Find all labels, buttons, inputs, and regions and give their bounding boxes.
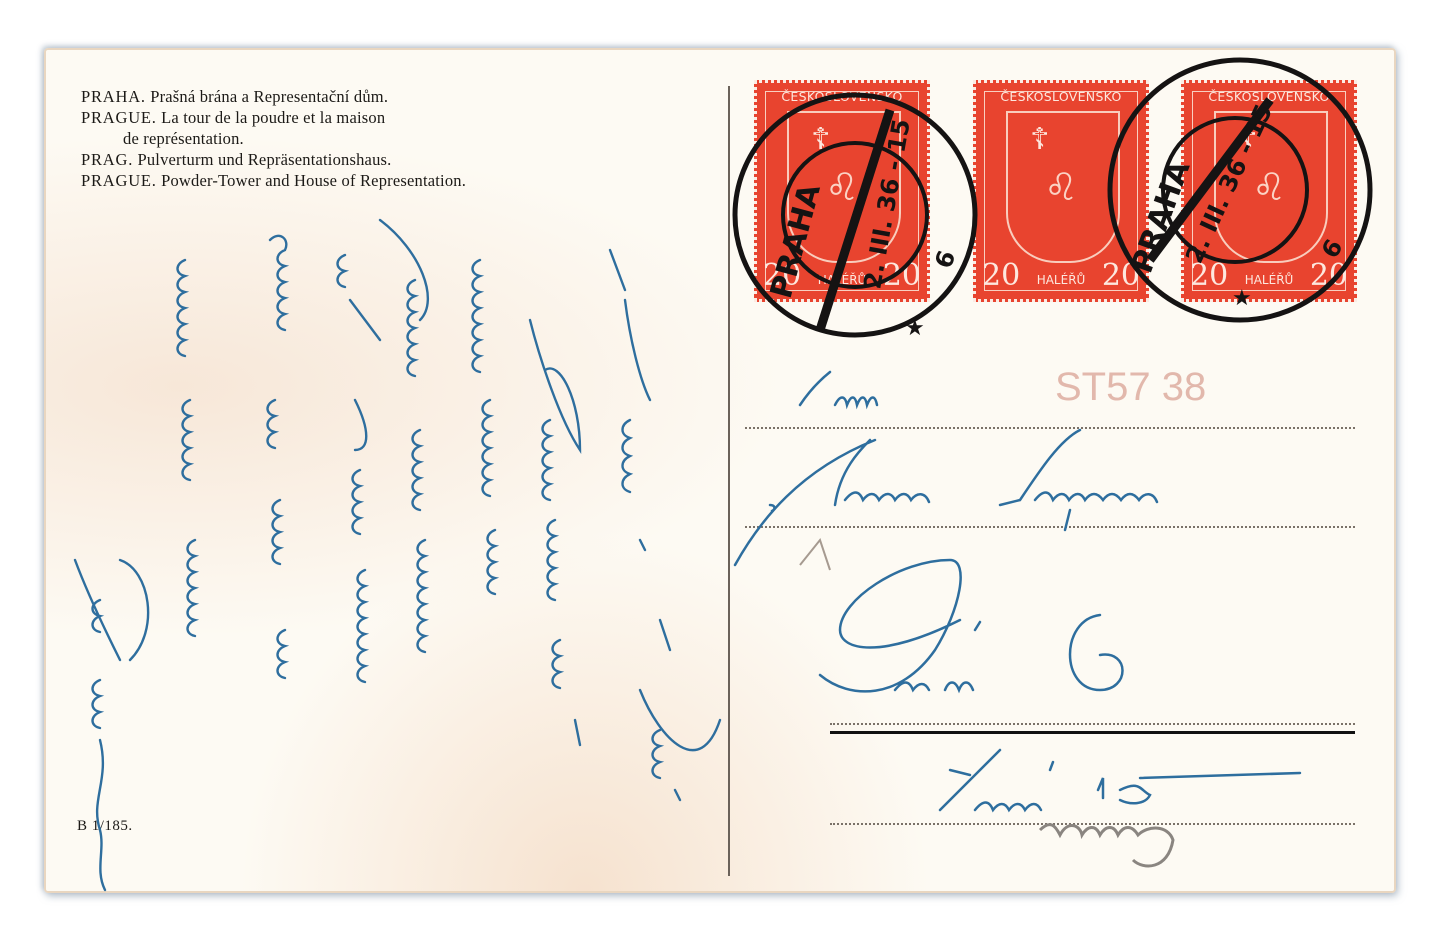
stamp-value: 20 (1102, 261, 1140, 291)
caption-city: PRAGUE. (81, 108, 157, 127)
coat-of-arms-icon: ☦♌ (787, 111, 901, 263)
caption-city: PRAHA. (81, 87, 146, 106)
postage-stamp: ČESKOSLOVENSKO ☦♌ 20 HALÉŘŮ 20 (973, 80, 1149, 302)
caption-text: de représentation. (123, 129, 244, 148)
caption-city: PRAG. (81, 150, 133, 169)
stamp-value: 20 (1310, 261, 1348, 291)
caption-text: La tour de la poudre et la maison (161, 108, 385, 127)
caption-text: Prašná brána a Representační dům. (150, 87, 388, 106)
publisher-code: B 1/185. (77, 818, 133, 835)
postcard-caption: PRAHA. Prašná brána a Representační dům.… (81, 86, 466, 191)
caption-line-cz: PRAHA. Prašná brána a Representační dům. (81, 86, 466, 107)
postage-stamp: ČESKOSLOVENSKO ☦♌ 20 HALÉŘŮ 20 (1181, 80, 1357, 302)
address-line-3 (830, 723, 1355, 725)
caption-line-de: PRAG. Pulverturm und Repräsentationshaus… (81, 149, 466, 170)
caption-text: Pulverturm und Repräsentationshaus. (137, 150, 391, 169)
caption-line-fr: PRAGUE. La tour de la poudre et la maiso… (81, 107, 466, 128)
caption-text: Powder-Tower and House of Representation… (161, 171, 466, 190)
address-underline (830, 731, 1355, 734)
address-line-1 (745, 427, 1355, 429)
stamp-value: 20 (883, 261, 921, 291)
address-line-2 (745, 526, 1355, 528)
caption-line-fr-cont: de représentation. (81, 128, 466, 149)
stamp-country: ČESKOSLOVENSKO (757, 89, 927, 104)
stamp-country: ČESKOSLOVENSKO (976, 89, 1146, 104)
center-divider-line (728, 86, 730, 876)
caption-line-en: PRAGUE. Powder-Tower and House of Repres… (81, 170, 466, 191)
address-line-4 (830, 823, 1355, 825)
coat-of-arms-icon: ☦♌ (1006, 111, 1120, 263)
stamp-country: ČESKOSLOVENSKO (1184, 89, 1354, 104)
caption-city: PRAGUE. (81, 171, 157, 190)
coat-of-arms-icon: ☦♌ (1214, 111, 1328, 263)
postage-stamp: ČESKOSLOVENSKO ☦♌ 20 HALÉŘŮ 20 (754, 80, 930, 302)
